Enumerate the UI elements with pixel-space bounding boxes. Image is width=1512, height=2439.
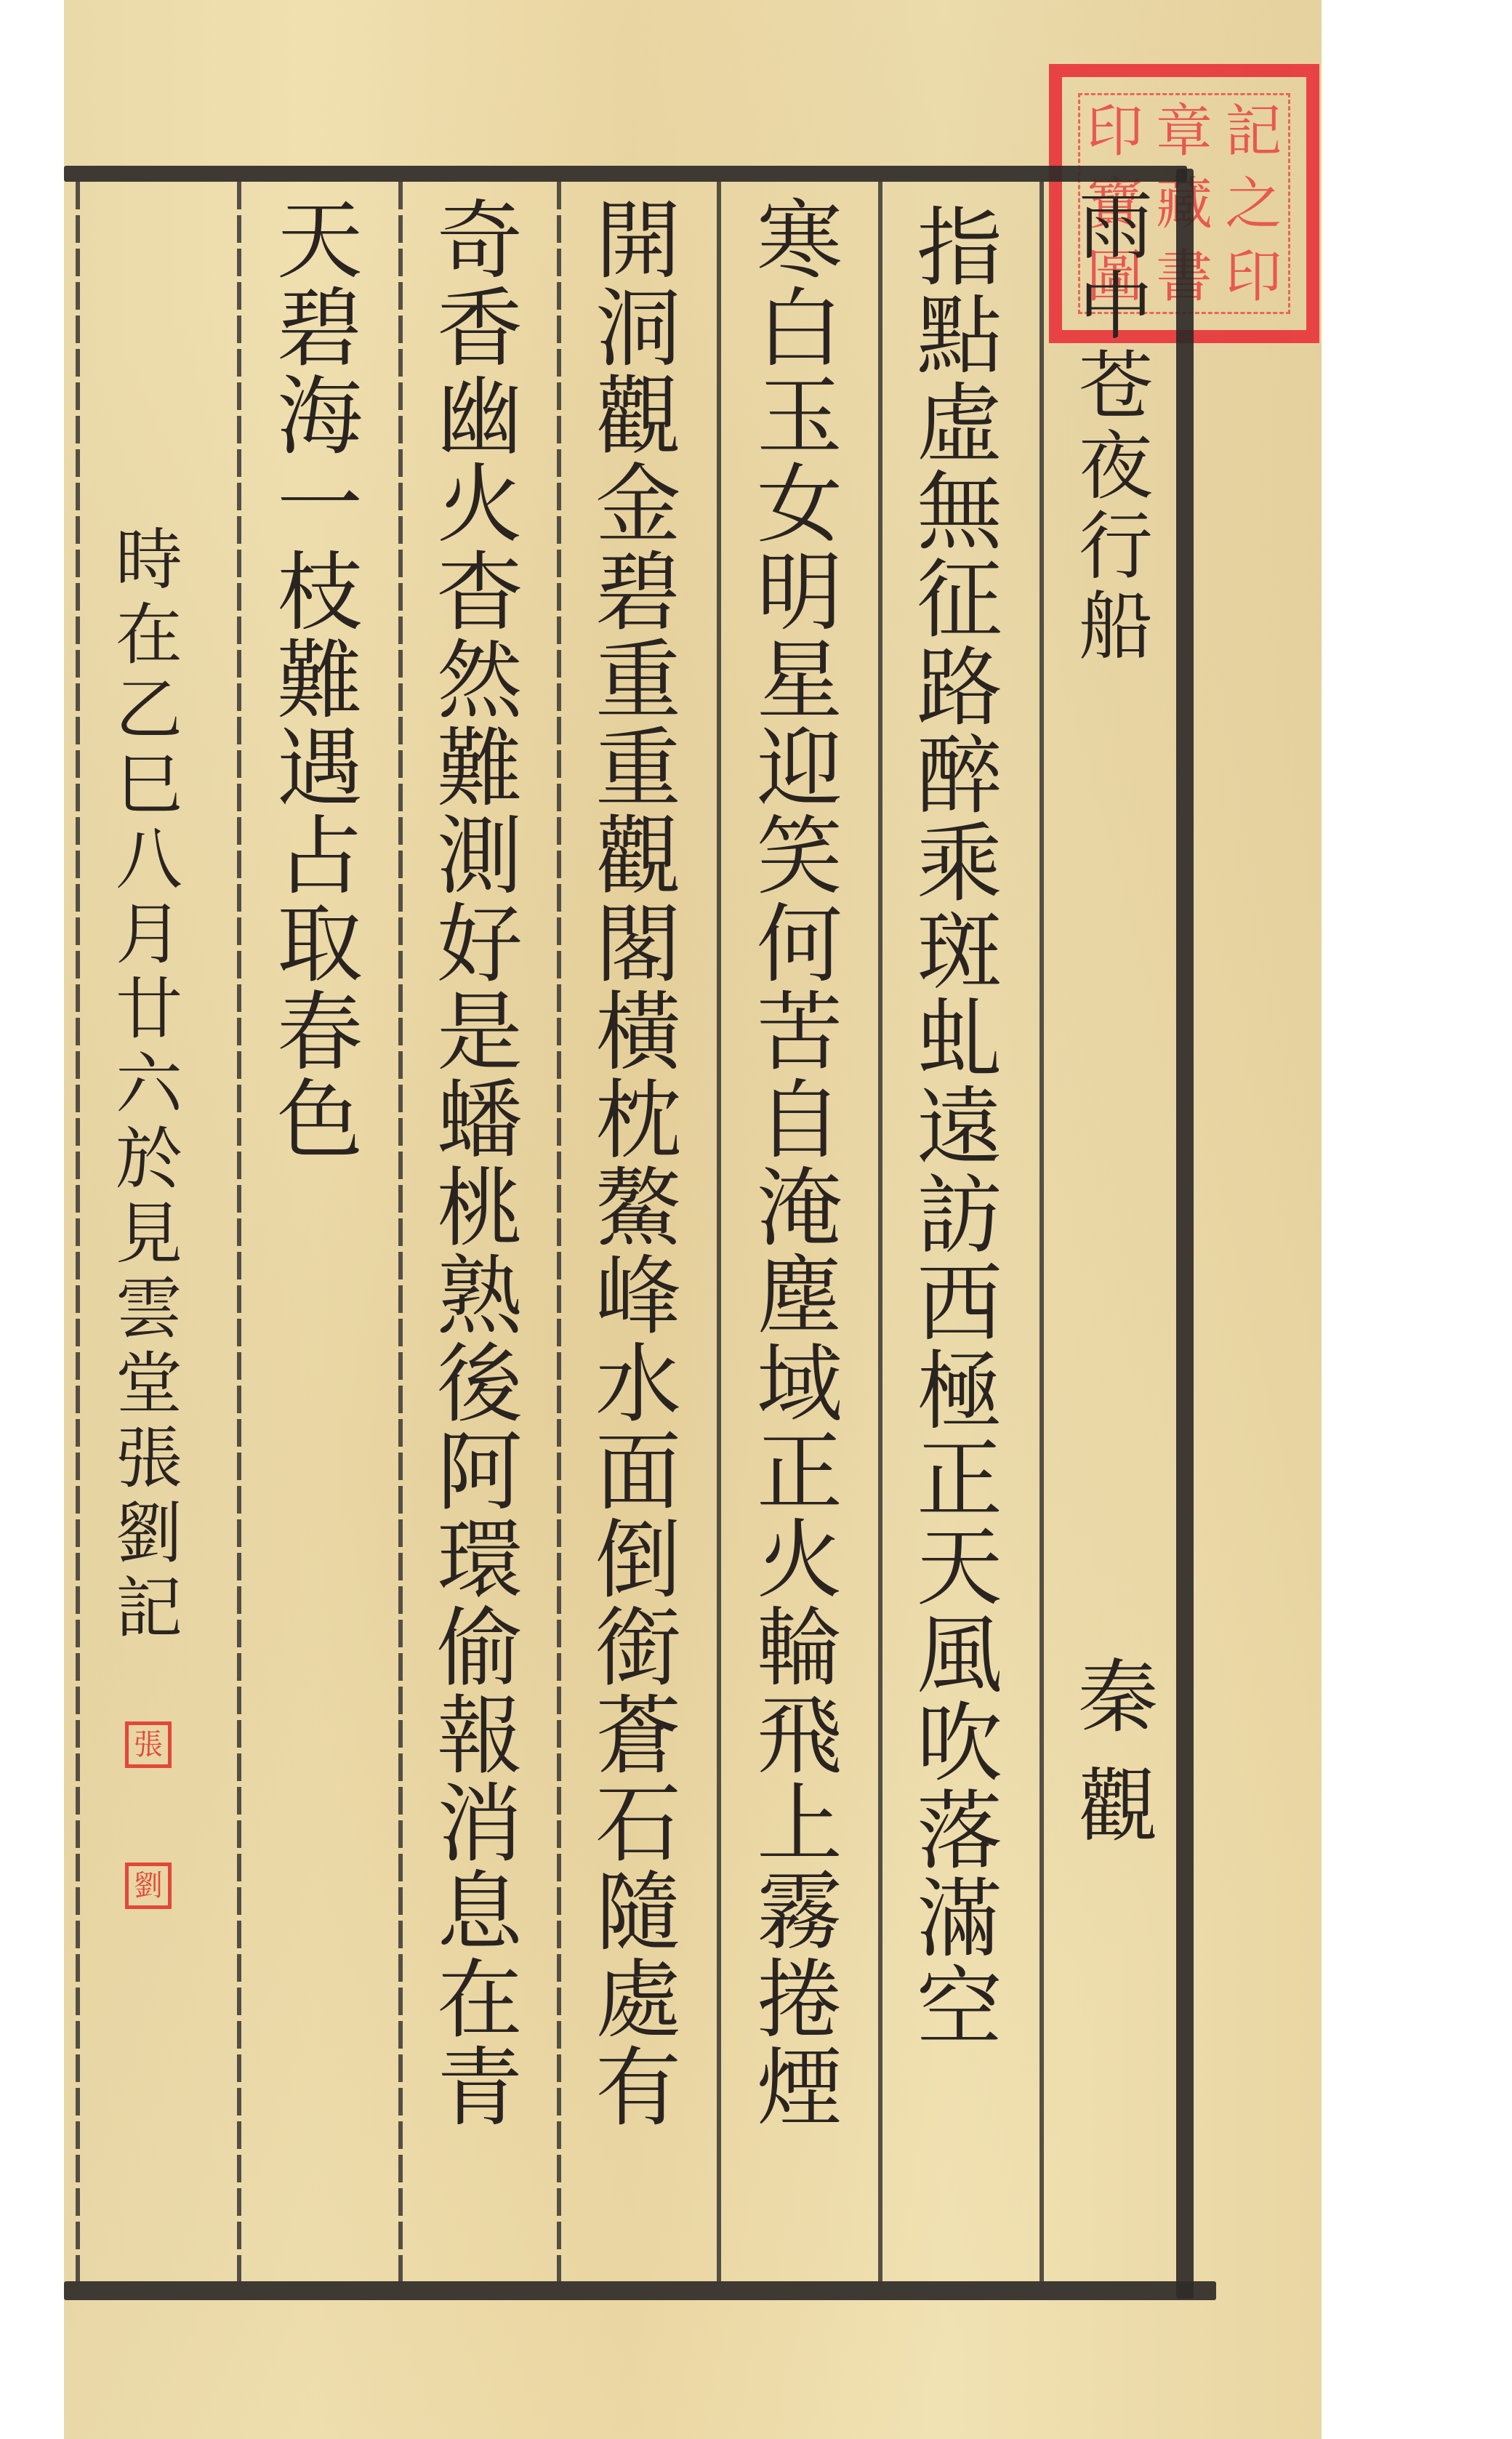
inscription-char: 在 (116, 602, 182, 677)
frame-bottom-border (64, 2281, 1216, 2300)
text-char: 斑 (917, 909, 1002, 997)
text-char: 幽 (437, 374, 523, 462)
text-char: 香 (437, 286, 523, 374)
text-char: 天 (277, 198, 363, 286)
text-char: 遠 (917, 1085, 1002, 1173)
text-char: 何 (757, 901, 843, 989)
title-char: 苍 (1079, 350, 1153, 430)
text-char: 洞 (595, 286, 681, 374)
inscription-char: 記 (116, 1575, 182, 1650)
text-column-5: 天 碧 海 一 枝 難 遇 占 取 春 色 (269, 198, 371, 1165)
text-char: 重 (595, 638, 681, 726)
text-char: 塵 (757, 1253, 843, 1341)
text-char: 然 (437, 638, 523, 726)
text-char: 空 (917, 1964, 1002, 2052)
text-char: 域 (757, 1341, 843, 1429)
text-char: 蟠 (437, 1077, 523, 1165)
text-char: 正 (917, 1437, 1002, 1524)
text-char: 乘 (917, 821, 1002, 909)
frame-right-border (1176, 169, 1194, 2299)
text-char: 寒 (757, 198, 843, 286)
text-char: 難 (437, 726, 523, 813)
seal-glyph: 章 (1149, 95, 1218, 168)
text-char: 後 (437, 1341, 523, 1429)
inscription-char: 雲 (116, 1276, 182, 1351)
text-char: 測 (437, 813, 523, 901)
title-char: 夜 (1079, 430, 1153, 510)
text-column-3: 開 洞 觀 金 碧 重 重 觀 閣 橫 枕 鰲 峰 水 面 倒 銜 蒼 石 隨 … (587, 198, 689, 2133)
text-char: 閣 (595, 901, 681, 989)
text-char: 碧 (595, 550, 681, 638)
text-char: 火 (437, 462, 523, 550)
column-rule (237, 182, 241, 2283)
text-char: 占 (277, 813, 363, 901)
inscription-char: 張 (116, 1426, 182, 1500)
seal-glyph: 記 (1219, 95, 1288, 168)
text-char: 吹 (917, 1700, 1002, 1788)
text-char: 觀 (595, 813, 681, 901)
text-char: 火 (757, 1517, 843, 1605)
inscription-char: 巳 (116, 752, 182, 827)
text-char: 飛 (757, 1693, 843, 1781)
text-column-1: 指 點 虛 無 征 路 醉 乘 斑 虬 遠 訪 西 極 正 天 風 吹 落 滿 … (909, 205, 1010, 2052)
text-char: 報 (437, 1693, 523, 1781)
text-char: 捲 (757, 1957, 843, 2045)
seal-glyph: 之 (1219, 168, 1288, 241)
text-char: 奇 (437, 198, 523, 286)
text-char: 春 (277, 989, 363, 1077)
text-char: 迎 (757, 726, 843, 813)
column-rule (878, 182, 882, 2283)
text-char: 碧 (277, 286, 363, 374)
text-char: 有 (595, 2045, 681, 2133)
text-char: 虬 (917, 997, 1002, 1085)
inscription-char: 廿 (116, 976, 182, 1051)
text-char: 消 (437, 1781, 523, 1869)
author-char: 觀 (1078, 1767, 1158, 1876)
text-char: 落 (917, 1788, 1002, 1876)
text-char: 虛 (917, 381, 1002, 469)
text-char: 女 (757, 462, 843, 550)
text-char: 好 (437, 901, 523, 989)
text-column-2: 寒 白 玉 女 明 星 迎 笑 何 苦 自 淹 塵 域 正 火 輪 飛 上 霧 … (749, 198, 850, 2133)
text-char: 橫 (595, 989, 681, 1077)
text-char: 滿 (917, 1876, 1002, 1964)
text-char: 正 (757, 1429, 843, 1517)
text-char: 水 (595, 1341, 681, 1429)
text-char: 征 (917, 557, 1002, 645)
text-char: 環 (437, 1517, 523, 1605)
text-char: 笑 (757, 813, 843, 901)
text-char: 天 (917, 1524, 1002, 1612)
frame-top-border (64, 166, 1187, 182)
inscription-char: 乙 (116, 677, 182, 752)
text-char: 遇 (277, 726, 363, 813)
text-char: 明 (757, 550, 843, 638)
text-char: 極 (917, 1349, 1002, 1437)
author-char: 秦 (1078, 1658, 1158, 1767)
text-char: 息 (437, 1869, 523, 1957)
text-char: 阿 (437, 1429, 523, 1517)
text-char: 熟 (437, 1253, 523, 1341)
text-char: 石 (595, 1781, 681, 1869)
title-char: 行 (1079, 510, 1153, 590)
text-char: 點 (917, 293, 1002, 381)
poem-title: 雨 中 苍 夜 行 船 (1072, 190, 1159, 670)
text-char: 蒼 (595, 1693, 681, 1781)
text-char: 金 (595, 462, 681, 550)
text-char: 一 (277, 462, 363, 550)
text-char: 輪 (757, 1605, 843, 1693)
artist-seal-2: 劉 (125, 1863, 172, 1909)
text-char: 煙 (757, 2045, 843, 2133)
inscription-char: 時 (116, 527, 182, 602)
text-char: 倒 (595, 1517, 681, 1605)
text-char: 指 (917, 205, 1002, 293)
text-char: 面 (595, 1429, 681, 1517)
text-char: 枝 (277, 550, 363, 638)
text-char: 偷 (437, 1605, 523, 1693)
inscription-char: 劉 (116, 1500, 182, 1575)
text-char: 苦 (757, 989, 843, 1077)
title-char: 中 (1079, 270, 1153, 350)
seal-glyph: 印 (1080, 95, 1149, 168)
seal-glyph: 印 (1219, 241, 1288, 313)
text-char: 鰲 (595, 1165, 681, 1253)
text-char: 玉 (757, 374, 843, 462)
text-char: 海 (277, 374, 363, 462)
text-char: 訪 (917, 1173, 1002, 1261)
column-rule (1039, 182, 1044, 2283)
inscription-char: 於 (116, 1126, 182, 1201)
column-rule (557, 182, 561, 2283)
column-rule (76, 182, 80, 2283)
colophon-inscription: 時 在 乙 巳 八 月 廿 六 於 見 雲 堂 張 劉 記 (109, 527, 189, 1650)
column-rule (717, 182, 721, 2283)
text-char: 淹 (757, 1165, 843, 1253)
text-char: 隨 (595, 1869, 681, 1957)
inscription-char: 月 (116, 901, 182, 976)
text-char: 自 (757, 1077, 843, 1165)
column-rule (398, 182, 403, 2283)
inscription-char: 堂 (116, 1351, 182, 1426)
inscription-char: 見 (116, 1201, 182, 1276)
poem-author: 秦 觀 (1074, 1658, 1162, 1876)
text-char: 風 (917, 1612, 1002, 1700)
text-char: 處 (595, 1957, 681, 2045)
text-char: 路 (917, 645, 1002, 733)
text-char: 西 (917, 1261, 1002, 1349)
text-char: 桃 (437, 1165, 523, 1253)
text-char: 色 (277, 1077, 363, 1165)
text-char: 銜 (595, 1605, 681, 1693)
text-char: 難 (277, 638, 363, 726)
text-char: 杳 (437, 550, 523, 638)
artist-seal-1: 張 (125, 1721, 172, 1768)
text-char: 取 (277, 901, 363, 989)
text-char: 開 (595, 198, 681, 286)
title-char: 船 (1079, 590, 1153, 670)
inscription-char: 六 (116, 1051, 182, 1126)
text-char: 上 (757, 1781, 843, 1869)
text-char: 青 (437, 2045, 523, 2133)
text-char: 無 (917, 469, 1002, 557)
text-char: 星 (757, 638, 843, 726)
inscription-char: 八 (116, 827, 182, 901)
text-char: 白 (757, 286, 843, 374)
text-char: 觀 (595, 374, 681, 462)
text-char: 是 (437, 989, 523, 1077)
text-char: 重 (595, 726, 681, 813)
text-char: 霧 (757, 1869, 843, 1957)
text-char: 枕 (595, 1077, 681, 1165)
title-char: 雨 (1079, 190, 1153, 270)
text-char: 醉 (917, 733, 1002, 821)
text-column-4: 奇 香 幽 火 杳 然 難 測 好 是 蟠 桃 熟 後 阿 環 偷 報 消 息 … (429, 198, 531, 2133)
text-char: 在 (437, 1957, 523, 2045)
text-char: 峰 (595, 1253, 681, 1341)
